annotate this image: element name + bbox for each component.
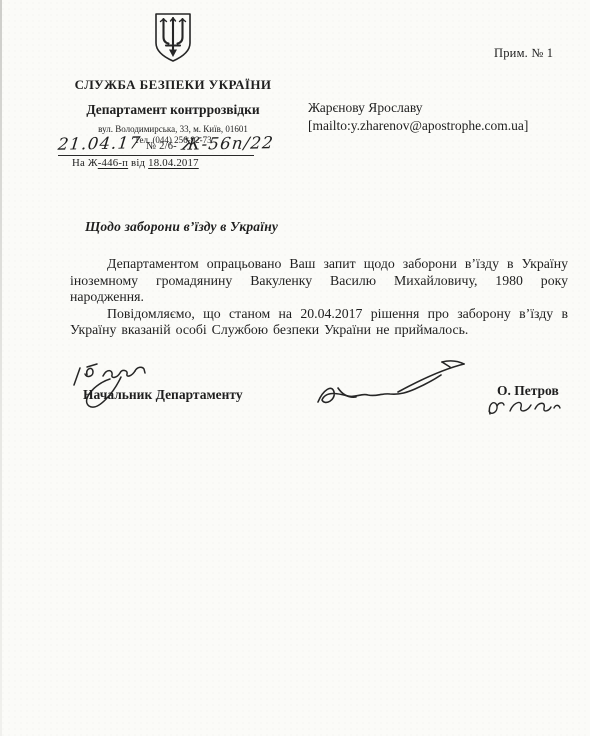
handwritten-number: Ж-56п/22 [181, 133, 275, 154]
incoming-ref-date: 18.04.2017 [148, 157, 199, 169]
tryzub-emblem-icon [151, 12, 195, 64]
recipient-name: Жарєнову Ярославу [308, 99, 528, 117]
organization-name: СЛУЖБА БЕЗПЕКИ УКРАЇНИ [47, 77, 299, 93]
body-paragraph-2: Повідомляємо, що станом на 20.04.2017 рі… [70, 306, 568, 339]
signer-initials-scribble [485, 397, 561, 423]
printed-number-prefix: № 2/6- [146, 141, 177, 152]
department-name: Департамент контррозвідки [47, 102, 299, 118]
copy-number-note: Прим. № 1 [494, 46, 553, 61]
recipient-block: Жарєнову Ярославу [mailto:y.zharenov@apo… [308, 99, 528, 134]
incoming-ref-connector: від [128, 157, 148, 169]
outgoing-reference-line: 21.04.17 № 2/6- Ж-56п/22 [58, 134, 254, 156]
letterhead: СЛУЖБА БЕЗПЕКИ УКРАЇНИ Департамент контр… [47, 12, 299, 145]
letter-body: Департаментом опрацьовано Ваш запит щодо… [70, 256, 568, 339]
scan-edge-artifact [0, 0, 2, 736]
incoming-ref-number: -446-п [98, 157, 128, 169]
scanned-letter-page: Прим. № 1 СЛУЖБА БЕЗПЕКИ УКРАЇНИ Департа… [0, 0, 590, 736]
incoming-ref-prefix: На Ж [72, 157, 98, 169]
body-paragraph-1: Департаментом опрацьовано Ваш запит щодо… [70, 256, 568, 306]
incoming-reference-line: На Ж-446-п від 18.04.2017 [72, 157, 199, 169]
handwritten-date: 21.04.17 [57, 133, 142, 153]
subject-line: Щодо заборони в’їзду в Україну [85, 219, 278, 235]
official-signature [308, 352, 478, 414]
recipient-email: [mailto:y.zharenov@apostrophe.com.ua] [308, 117, 528, 135]
signer-title: Начальник Департаменту [83, 387, 243, 403]
